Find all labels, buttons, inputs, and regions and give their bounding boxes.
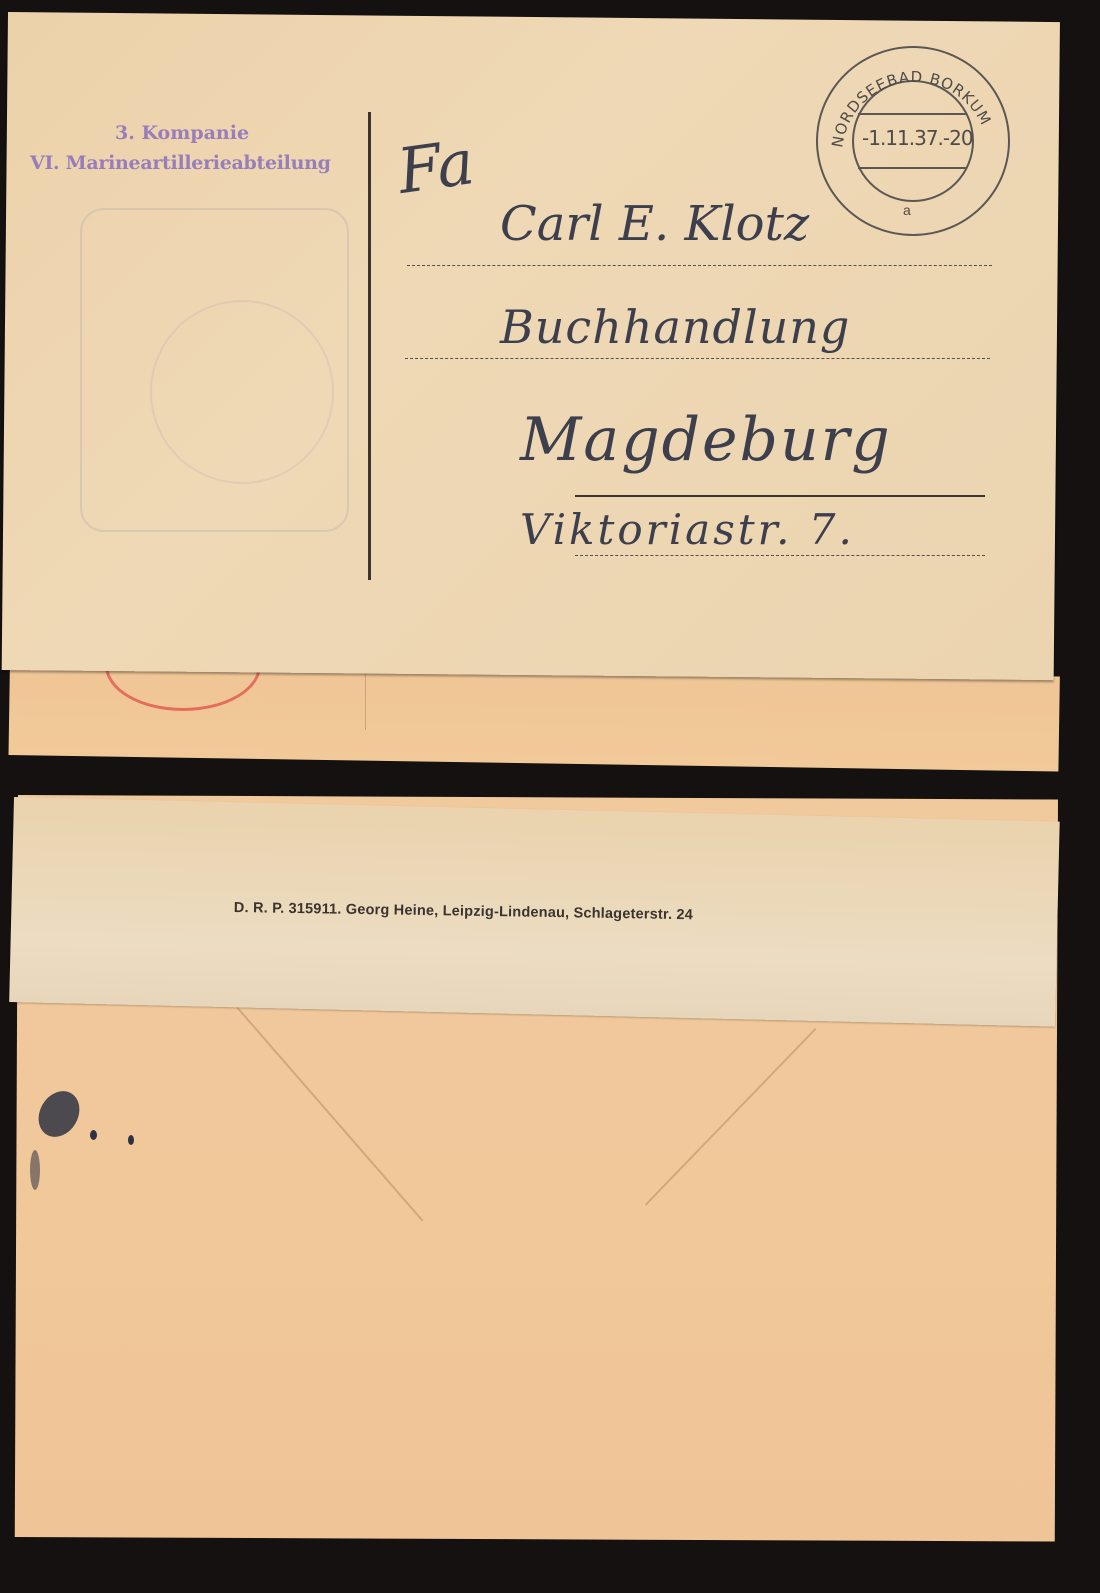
ink-spot <box>128 1135 134 1145</box>
address-rule-3 <box>575 495 985 497</box>
faint-official-seal <box>150 300 334 484</box>
address-business: Buchhandlung <box>500 300 850 354</box>
address-recipient: Carl E. Klotz <box>500 196 809 252</box>
sender-stamp-unit: VI. Marineartillerieabteilung <box>30 152 331 174</box>
ink-smudge <box>30 1150 40 1190</box>
address-rule-1 <box>407 265 992 266</box>
address-rule-4 <box>575 555 985 556</box>
postmark-date: -1.11.37.-20 <box>862 126 973 150</box>
sender-stamp-company: 3. Kompanie <box>115 122 249 144</box>
ink-spot <box>90 1130 97 1140</box>
underlying-envelope-fold <box>365 670 366 730</box>
address-street: Viktoriastr. 7. <box>520 505 855 554</box>
address-prefix: Fa <box>393 125 478 208</box>
address-divider-line <box>368 112 371 580</box>
address-rule-2 <box>405 358 990 359</box>
address-city: Magdeburg <box>520 405 892 475</box>
postmark-sub-letter: a <box>903 202 911 218</box>
